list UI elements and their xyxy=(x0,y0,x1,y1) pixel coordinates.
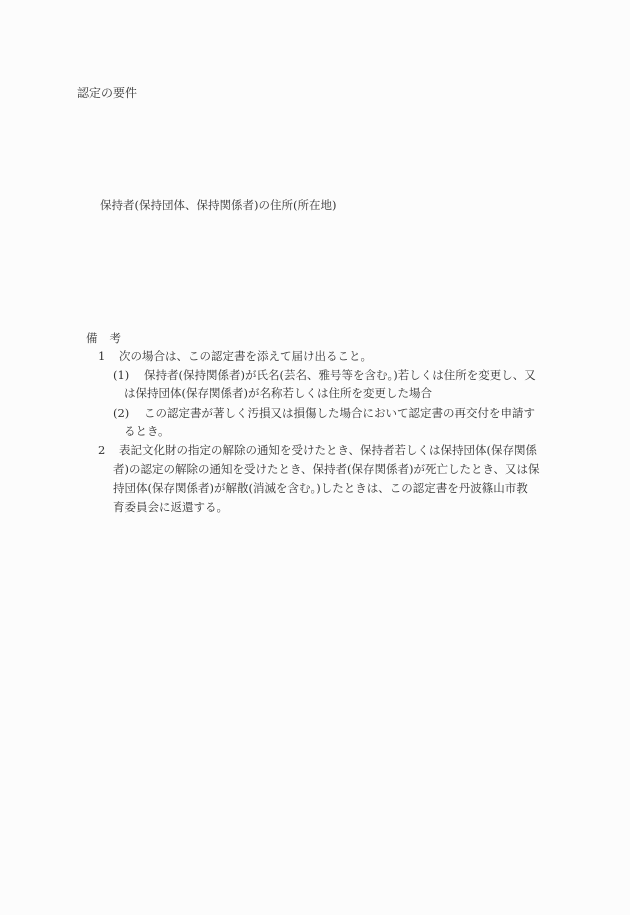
subitem-line: は保持団体(保存関係者)が名称若しくは住所を変更した場合 xyxy=(124,384,432,402)
notes-heading: 備考 xyxy=(86,329,121,347)
notes-heading-left: 備 xyxy=(86,331,98,345)
subitem-line: るとき。 xyxy=(124,422,170,440)
note-number: 2 xyxy=(98,441,105,459)
subitem-number: (2) xyxy=(113,404,129,422)
note-line: 表記文化財の指定の解除の通知を受けたとき、保持者若しくは保持団体(保存関係 xyxy=(119,441,537,459)
subitem-line: この認定書が著しく汚損又は損傷した場合において認定書の再交付を申請す xyxy=(144,404,535,422)
subitem-line: 保持者(保持関係者)が氏名(芸名、雅号等を含む。)若しくは住所を変更し、又 xyxy=(144,366,536,384)
note-text: 次の場合は、この認定書を添えて届け出ること。 xyxy=(119,347,372,365)
note-line: 育委員会に返還する。 xyxy=(113,498,228,516)
note-line: 持団体(保存関係者)が解散(消滅を含む。)したときは、この認定書を丹波篠山市教 xyxy=(113,479,528,497)
note-number: 1 xyxy=(98,347,105,365)
subitem-number: (1) xyxy=(113,366,129,384)
notes-heading-right: 考 xyxy=(110,331,122,345)
note-line: 者)の認定の解除の通知を受けたとき、保持者(保存関係者)が死亡したとき、又は保 xyxy=(113,460,540,478)
document-title: 認定の要件 xyxy=(77,84,137,102)
address-field-label: 保持者(保持団体、保持関係者)の住所(所在地) xyxy=(100,196,336,214)
